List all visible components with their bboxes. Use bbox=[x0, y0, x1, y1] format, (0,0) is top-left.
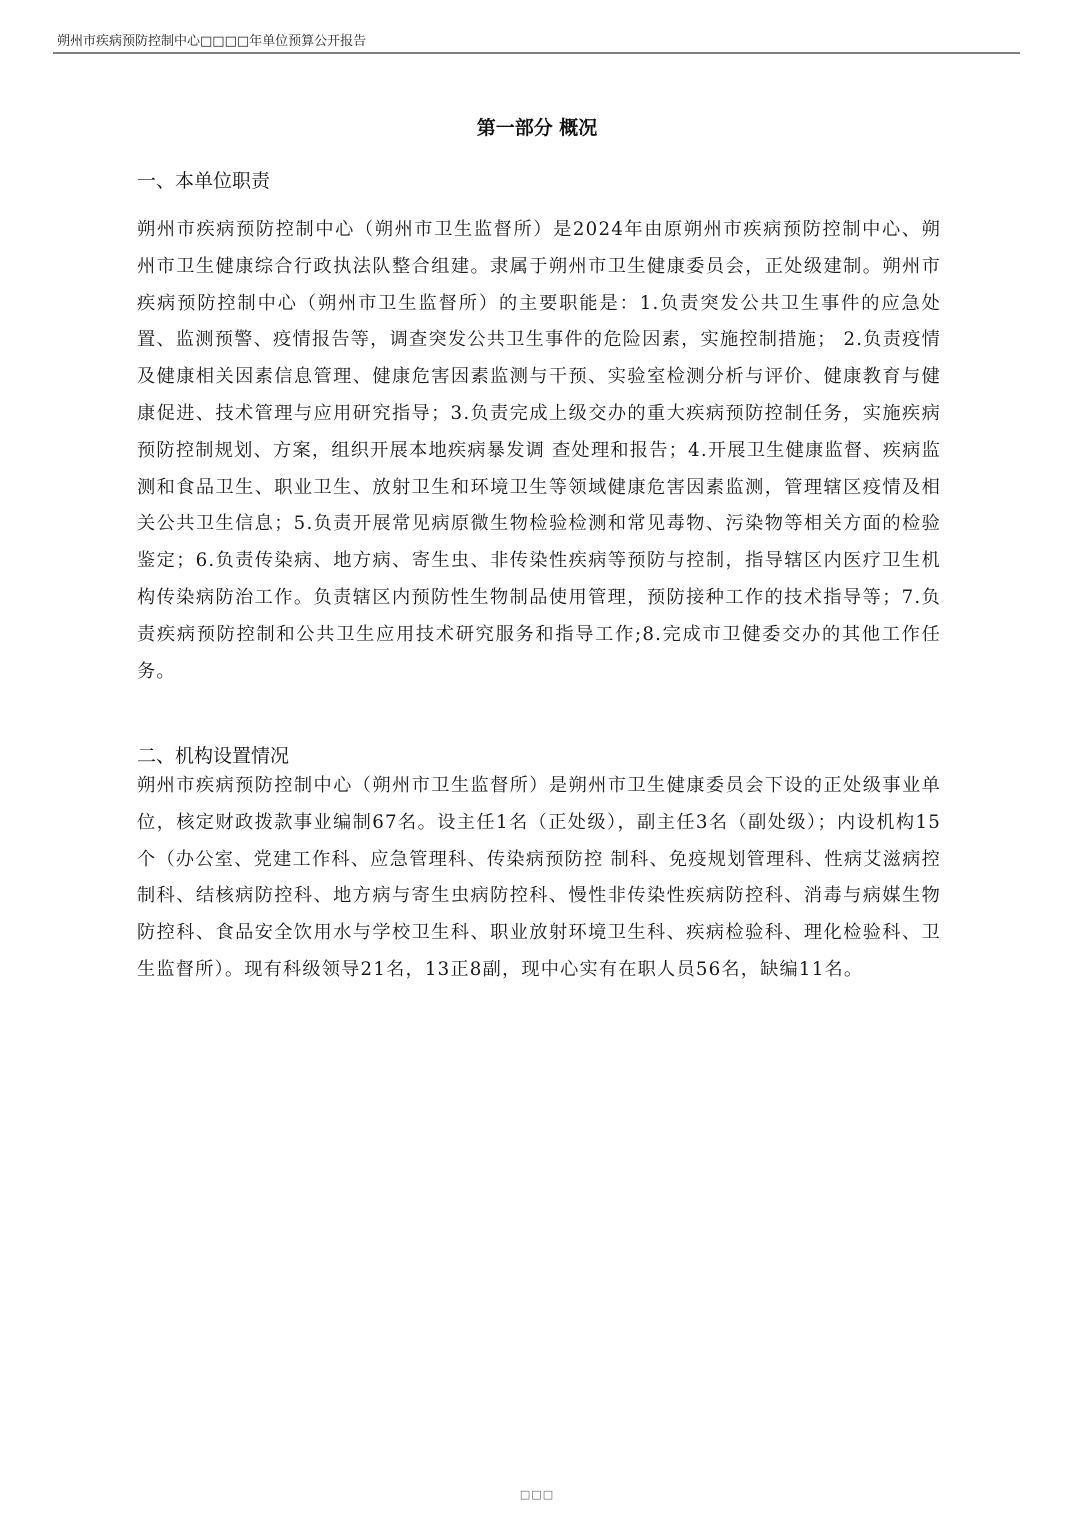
section-heading-responsibilities: 一、本单位职责 bbox=[137, 166, 270, 193]
header-divider bbox=[53, 52, 1020, 54]
part-title: 第一部分 概况 bbox=[0, 113, 1074, 140]
running-header-title: 朔州市疾病预防控制中心□□□□年单位预算公开报告 bbox=[53, 30, 1024, 49]
section-heading-organization: 二、机构设置情况 bbox=[137, 741, 289, 768]
section-paragraph-responsibilities: 朔州市疾病预防控制中心（朔州市卫生监督所）是2024年由原朔州市疾病预防控制中心… bbox=[137, 212, 941, 690]
page-number: □□□ bbox=[0, 1488, 1074, 1501]
section-paragraph-organization: 朔州市疾病预防控制中心（朔州市卫生监督所）是朔州市卫生健康委员会下设的正处级事业… bbox=[137, 768, 941, 989]
